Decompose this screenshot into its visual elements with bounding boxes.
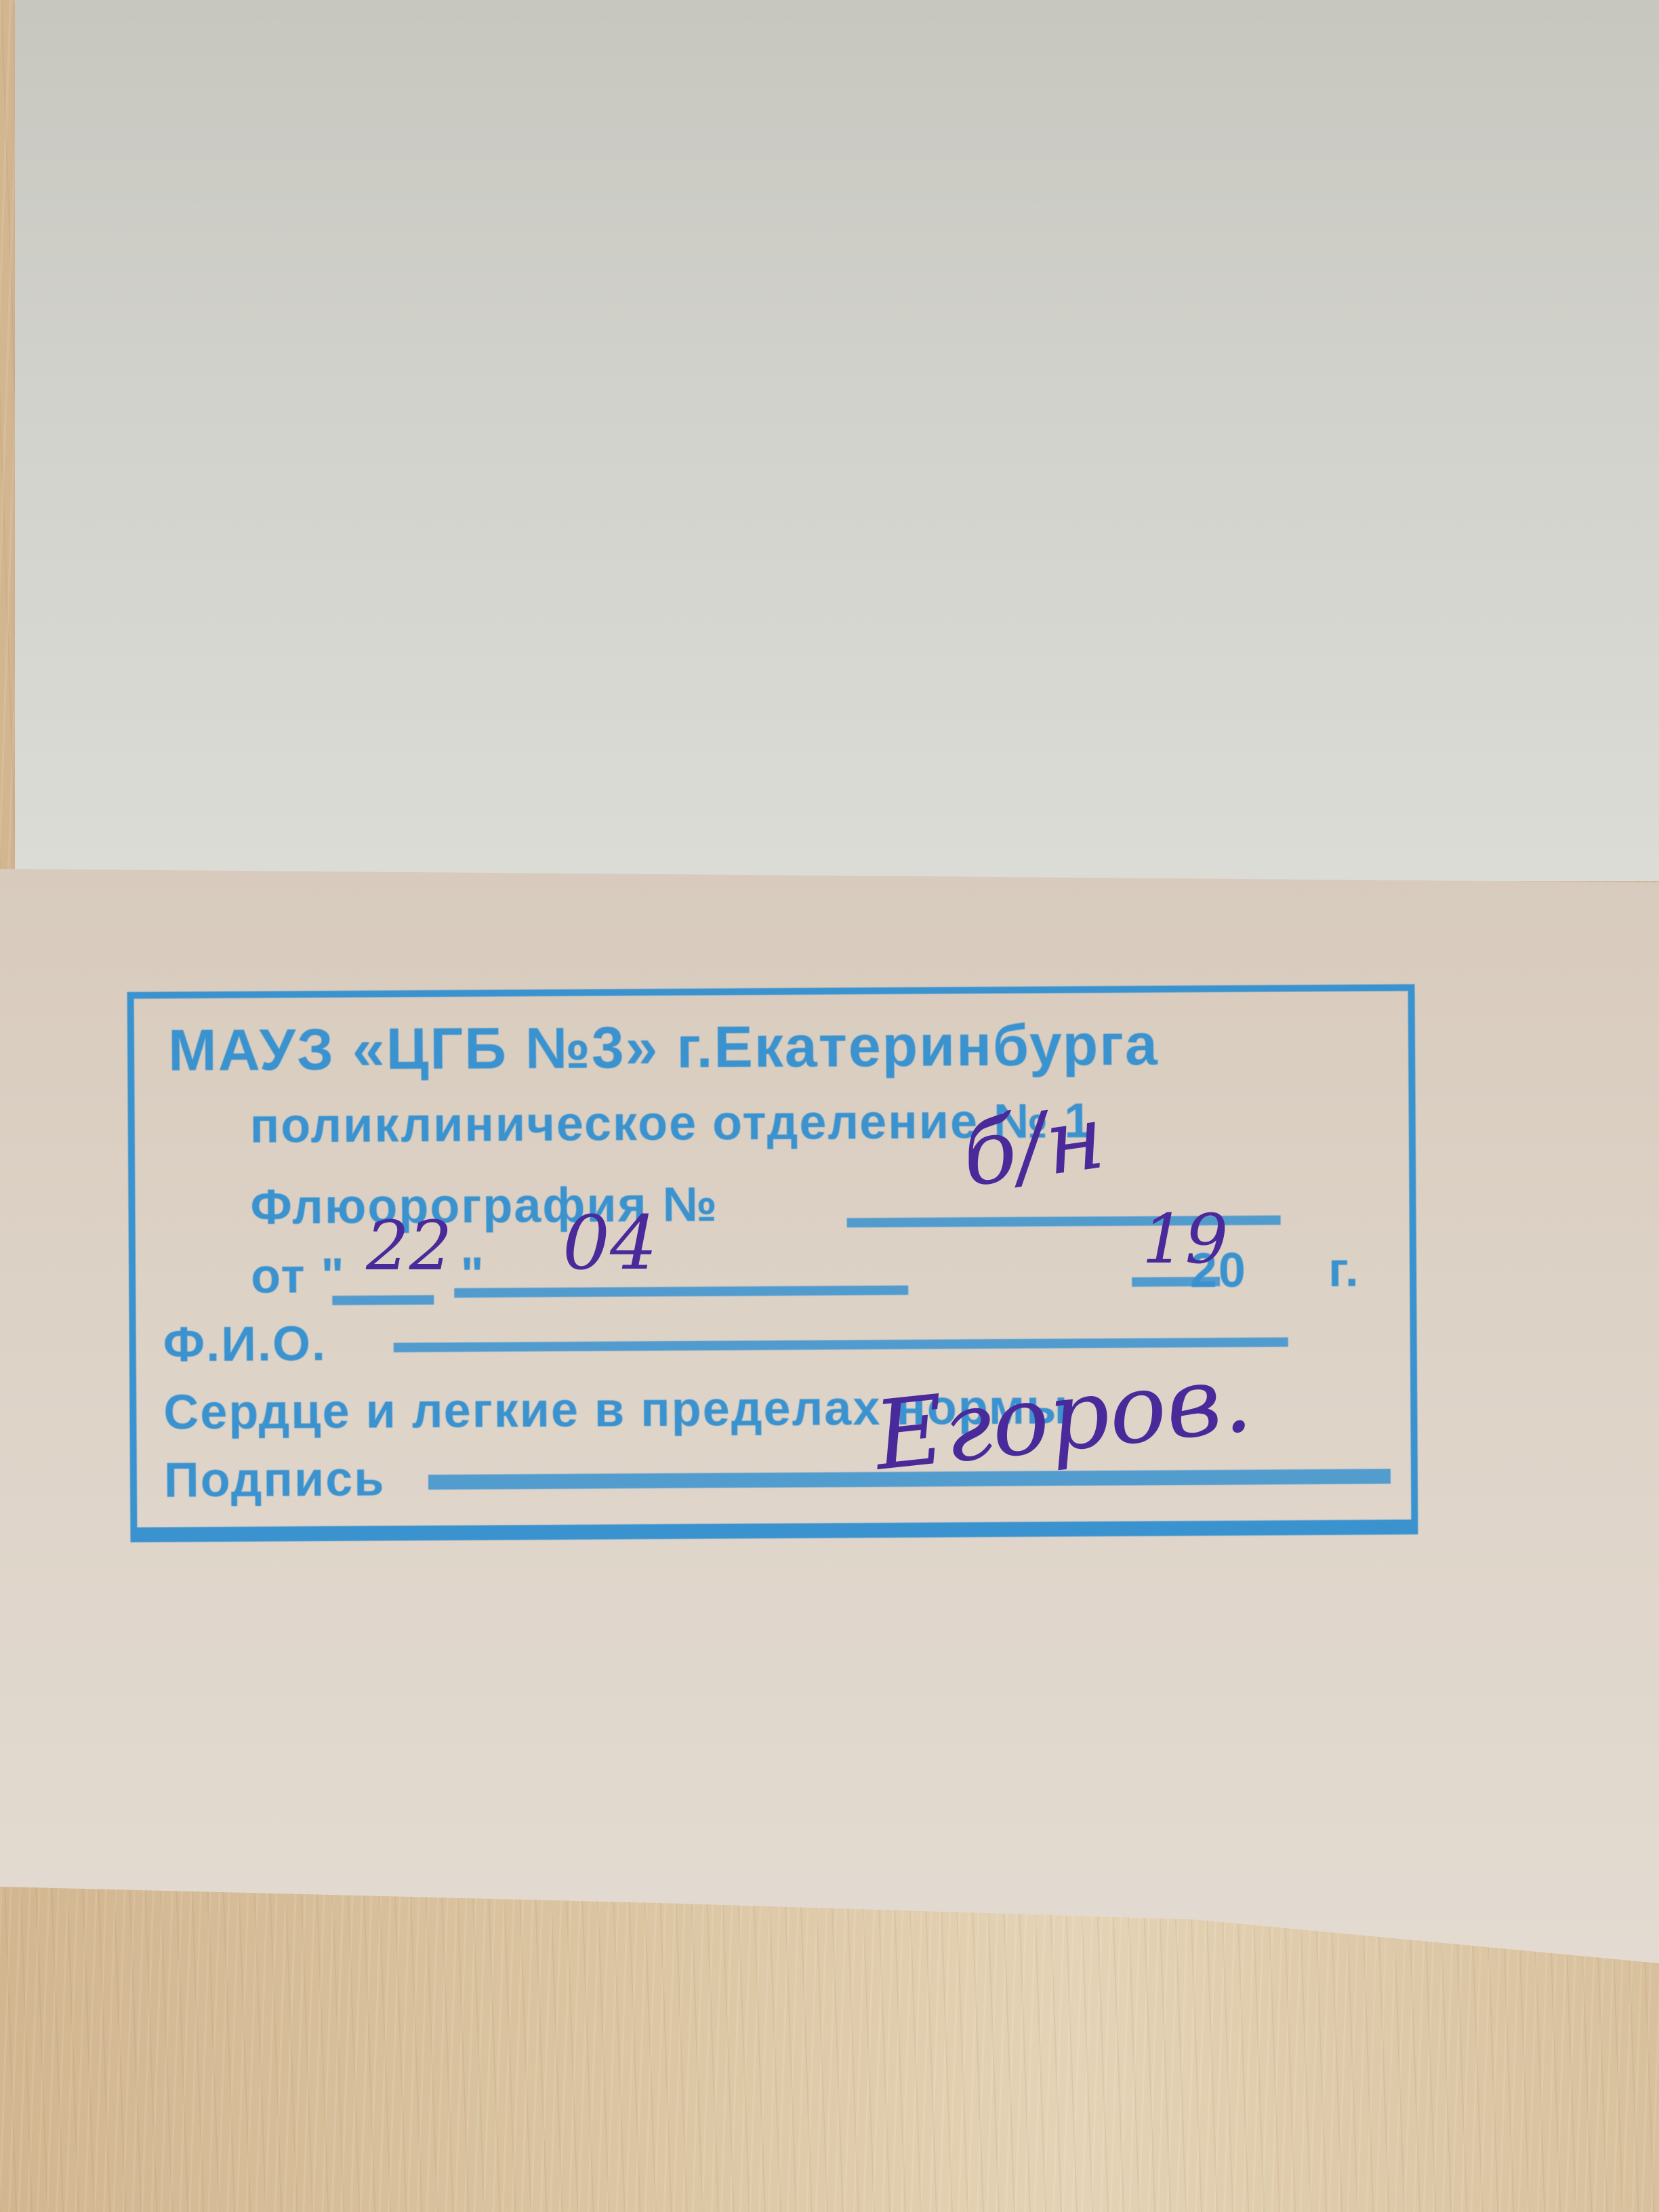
- handwritten-fluoro-number: б/н: [956, 1085, 1110, 1207]
- stamp-signature-label: Подпись: [164, 1451, 386, 1508]
- stamp-fio-label: Ф.И.О.: [163, 1316, 327, 1372]
- upper-paper-sheet: [15, 0, 1659, 881]
- handwritten-month: 04: [562, 1200, 657, 1286]
- fio-underline: [394, 1337, 1288, 1352]
- handwritten-year: 19: [1142, 1200, 1228, 1279]
- year-suffix: г.: [1328, 1243, 1360, 1297]
- handwritten-day: 22: [366, 1206, 452, 1286]
- stamp-institution: МАУЗ «ЦГБ №3» г.Екатеринбурга: [168, 1012, 1159, 1085]
- date-prefix: от ": [251, 1249, 346, 1304]
- day-underline: [332, 1295, 434, 1305]
